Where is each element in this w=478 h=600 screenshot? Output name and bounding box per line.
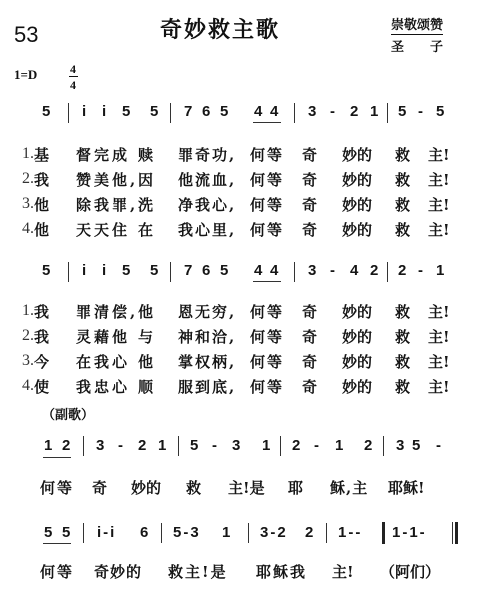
lyric: 妙的 [342,301,372,322]
barline [326,523,327,543]
verse-number: 3. [22,195,34,213]
lyric: 妙的 [342,194,372,215]
verse-number: 2. [22,327,34,345]
note-dash: - [418,103,423,120]
verse-number: 1. [22,302,34,320]
lyric: 我 [34,326,49,347]
lyric: 主!是 [228,477,265,498]
barline [170,262,171,282]
lyric: 服到底, [178,376,236,397]
verse-number: 3. [22,352,34,370]
lyric: 何等 [250,194,284,215]
verse-number: 4. [22,220,34,238]
note: 5 [150,103,158,120]
lyric: 与 [138,326,153,347]
final-barline-thin [452,522,453,544]
lyric: 主! [428,376,450,397]
verse-number: 4. [22,377,34,395]
barline [294,262,295,282]
author: 圣 子 [391,36,443,55]
note: 5 [436,103,444,120]
author-char-2: 子 [430,36,443,55]
note: 4 [270,262,278,279]
note-dash: - [118,437,123,454]
lyric: 耶 [288,477,303,498]
note: 3 [96,437,104,454]
barline [83,436,84,456]
verse-number: 1. [22,145,34,163]
barline [294,103,295,123]
lyric: 何等 [250,169,284,190]
lyric: 在 [138,219,153,240]
lyric: 在我心 [76,351,130,372]
verse-number: 2. [22,170,34,188]
barline [280,436,281,456]
note: 5 [220,103,228,120]
eighth-underline [253,122,281,123]
note: 7 [184,103,192,120]
lyric: 救 [395,326,410,347]
lyric: 我心里, [178,219,236,240]
lyric: 救 [395,169,410,190]
time-signature-bottom: 4 [70,78,76,93]
note: 5 [190,437,198,454]
lyric: 主! [428,194,450,215]
note: 5 [42,262,50,279]
barline [83,523,84,543]
lyric: 今 [34,351,49,372]
lyric: 净我心, [178,194,236,215]
note: i [82,262,86,279]
lyric: 奇 [92,477,107,498]
lyric: 何等 [250,219,284,240]
lyric: 他 [138,351,153,372]
lyric: 救 [395,144,410,165]
note: 1 [436,262,444,279]
lyric: 耶稣我 [256,561,307,582]
time-signature-divider [69,76,78,77]
lyric: 妙的 [342,376,372,397]
note: 2 [398,262,406,279]
lyric: 主! [428,301,450,322]
note-group: 1-1- [392,524,427,541]
lyric: 救 [395,376,410,397]
lyric: 主! [428,351,450,372]
lyric: 奇妙的 [94,561,142,582]
lyric: 何等 [250,301,284,322]
lyric: 神和洽, [178,326,236,347]
lyric: 除我罪, [76,194,138,215]
author-char-1: 圣 [391,36,404,55]
lyric: 赞美他, [76,169,138,190]
note-dash: - [314,437,319,454]
note: 1 [44,437,52,454]
lyric: 奇 [302,194,317,215]
lyric: 顺 [138,376,153,397]
source-book-label: 崇敬颂赞 [391,18,443,35]
lyric: 他流血, [178,169,236,190]
barline [68,103,69,123]
note-dash: - [212,437,217,454]
note-dash: - [330,262,335,279]
note: 1 [158,437,166,454]
lyric: 我 [34,301,49,322]
lyric: 奇 [302,144,317,165]
barline [387,103,388,123]
lyric: 基 [34,144,49,165]
double-barline [382,522,385,544]
lyric: 罪清偿, [76,301,138,322]
note-dash: - [436,437,441,454]
note: 5 [44,524,52,541]
note: 2 [138,437,146,454]
page-number: 53 [14,22,38,48]
barline [68,262,69,282]
lyric: 妙的 [342,219,372,240]
lyric: 妙的 [342,169,372,190]
lyric: 他 [34,219,49,240]
eighth-underline [253,281,281,282]
note: 1 [335,437,343,454]
lyric: 救 [186,477,201,498]
lyric: 掌权柄, [178,351,236,372]
barline [170,103,171,123]
note-dash: - [330,103,335,120]
note: 2 [62,437,70,454]
lyric: 主! [428,219,450,240]
lyric: 奇 [302,376,317,397]
lyric: 使 [34,376,49,397]
note: 4 [254,103,262,120]
note: i [82,103,86,120]
note: 5 [122,103,130,120]
note: 2 [370,262,378,279]
note: 5 [412,437,420,454]
time-signature-top: 4 [70,62,76,77]
barline [387,262,388,282]
lyric: 救 [395,194,410,215]
lyric: 我忠心 [76,376,130,397]
lyric: 奇 [302,169,317,190]
note: 4 [350,262,358,279]
note-group: 5-3 [173,524,201,541]
lyric: 奇 [302,301,317,322]
note: 2 [305,524,313,541]
note: 2 [292,437,300,454]
source-book: 崇敬颂赞 [391,18,443,35]
note: 5 [220,262,228,279]
lyric: 何等 [250,326,284,347]
note-group: i-i [97,524,116,541]
lyric: 救 [395,351,410,372]
note: 1 [370,103,378,120]
note-dash: - [418,262,423,279]
note: 7 [184,262,192,279]
lyric: 救 [395,301,410,322]
note: 3 [396,437,404,454]
song-title: 奇妙救主歌 [160,13,280,44]
lyric: 天天住 [76,219,130,240]
note: i [102,103,106,120]
lyric: 救 [395,219,410,240]
lyric: （阿们） [380,561,440,582]
lyric: 稣,主 [330,477,368,498]
lyric: 洗 [138,194,153,215]
note: 4 [270,103,278,120]
note-group: 3-2 [260,524,288,541]
eighth-underline [43,543,71,544]
lyric: 何等 [40,477,74,498]
note: 2 [364,437,372,454]
lyric: 恩无穷, [178,301,236,322]
key-signature: 1=D [14,67,37,83]
lyric: 赎 [138,144,153,165]
note: 6 [202,103,210,120]
eighth-underline [43,457,71,458]
lyric: 妙的 [342,351,372,372]
lyric: 我 [34,169,49,190]
lyric: 督完成 [76,144,130,165]
note: 1 [262,437,270,454]
barline [383,436,384,456]
lyric: 何等 [40,561,74,582]
lyric: 奇 [302,351,317,372]
lyric: 妙的 [342,326,372,347]
final-barline-thick [455,522,458,544]
note: 3 [308,103,316,120]
lyric: 主! [428,169,450,190]
lyric: 罪奇功, [178,144,236,165]
note: 3 [308,262,316,279]
lyric: 灵藉他 [76,326,130,347]
lyric: 主! [428,144,450,165]
lyric: 奇 [302,326,317,347]
barline [248,523,249,543]
lyric: 何等 [250,351,284,372]
lyric: 妙的 [342,144,372,165]
barline [161,523,162,543]
note: 2 [350,103,358,120]
note: i [102,262,106,279]
lyric: 何等 [250,144,284,165]
lyric: 因 [138,169,153,190]
note: 5 [122,262,130,279]
note: 6 [202,262,210,279]
barline [178,436,179,456]
lyric: 救主!是 [168,561,228,582]
note: 4 [254,262,262,279]
note: 5 [150,262,158,279]
note: 5 [42,103,50,120]
note: 5 [398,103,406,120]
note: 6 [140,524,148,541]
lyric: 奇 [302,219,317,240]
lyric: 主! [332,561,354,582]
chorus-label: （副歌） [42,404,94,423]
lyric: 耶稣! [388,477,425,498]
lyric: 他 [34,194,49,215]
note-group: 1-- [338,524,362,541]
note: 5 [62,524,70,541]
lyric: 妙的 [131,477,161,498]
lyric: 主! [428,326,450,347]
note: 3 [232,437,240,454]
lyric: 他 [138,301,153,322]
note: 1 [222,524,230,541]
lyric: 何等 [250,376,284,397]
